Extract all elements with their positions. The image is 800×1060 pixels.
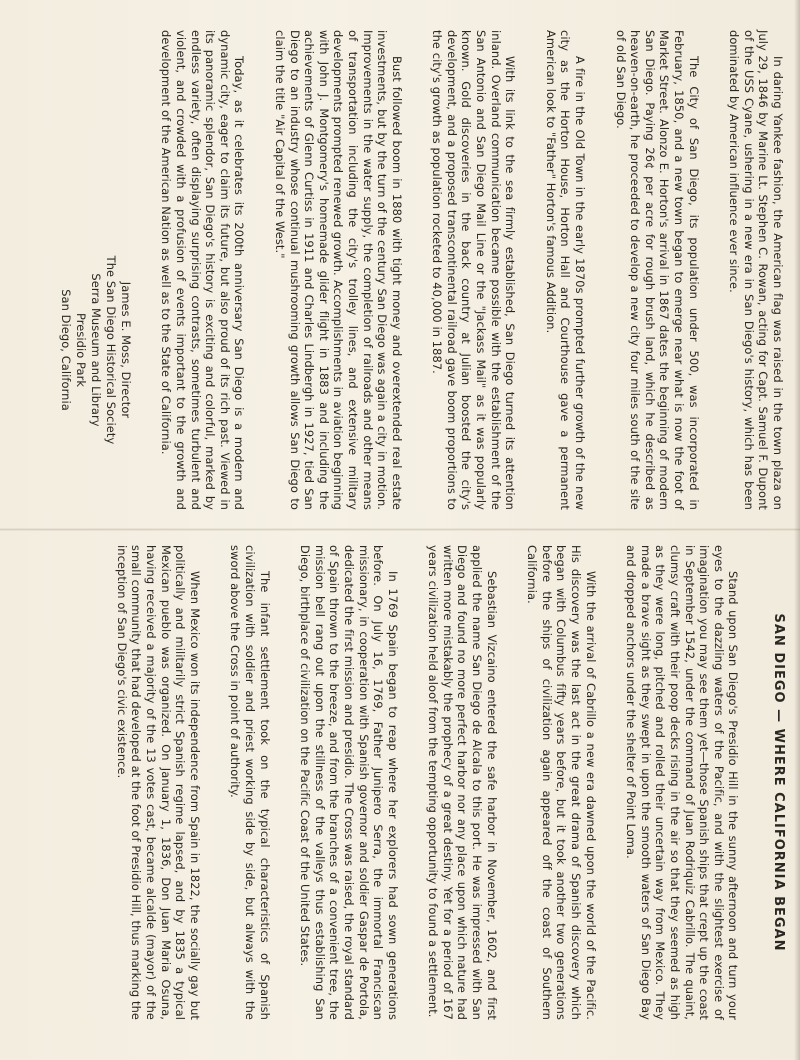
paragraph-mexico: When Mexico won its independence from Sp… (114, 545, 202, 1020)
signature-name: James E. Moss, Director (118, 190, 133, 510)
paragraph-cabrillo: Stand upon San Diego's Presidio Hill in … (624, 545, 741, 1020)
paragraph-link-to-sea: With its link to the sea firmly establis… (430, 30, 518, 510)
paragraph-1769: In 1769 Spain began to reap where her ex… (298, 545, 400, 1020)
paragraph-new-era: With the arrival of Cabrillo a new era d… (525, 545, 598, 1020)
paper-edge-shadow (794, 0, 800, 1060)
signature-museum: Serra Museum and Library (88, 190, 103, 510)
paragraph-fire: A fire in the Old Town in the early 1870… (543, 30, 587, 510)
signature-park: Presidio Park (73, 190, 88, 510)
signature-org: The San Diego Historical Society (103, 190, 118, 510)
right-page-panel: In daring Yankee fashion, the American f… (25, 30, 785, 510)
page-title: SAN DIEGO — WHERE CALIFORNIA BEGAN (770, 545, 785, 1020)
left-page-panel: SAN DIEGO — WHERE CALIFORNIA BEGAN Stand… (25, 545, 785, 1020)
signature-block: James E. Moss, Director The San Diego Hi… (58, 190, 133, 510)
paragraph-vizcaino: Sebastian Vizcaino entered the safe harb… (426, 545, 499, 1020)
fold-crease (0, 528, 800, 531)
paragraph-city-incorporated: The City of San Diego, its population un… (613, 30, 701, 510)
signature-city: San Diego, California (58, 190, 73, 510)
paragraph-infant-settlement: The infant settlement took on the typica… (228, 545, 272, 1020)
paragraph-bust-boom: Bust followed boom in 1880 with tight mo… (272, 30, 403, 510)
paragraph-today: Today, as it celebrates its 200th annive… (159, 30, 247, 510)
paragraph-yankee: In daring Yankee fashion, the American f… (727, 30, 785, 510)
